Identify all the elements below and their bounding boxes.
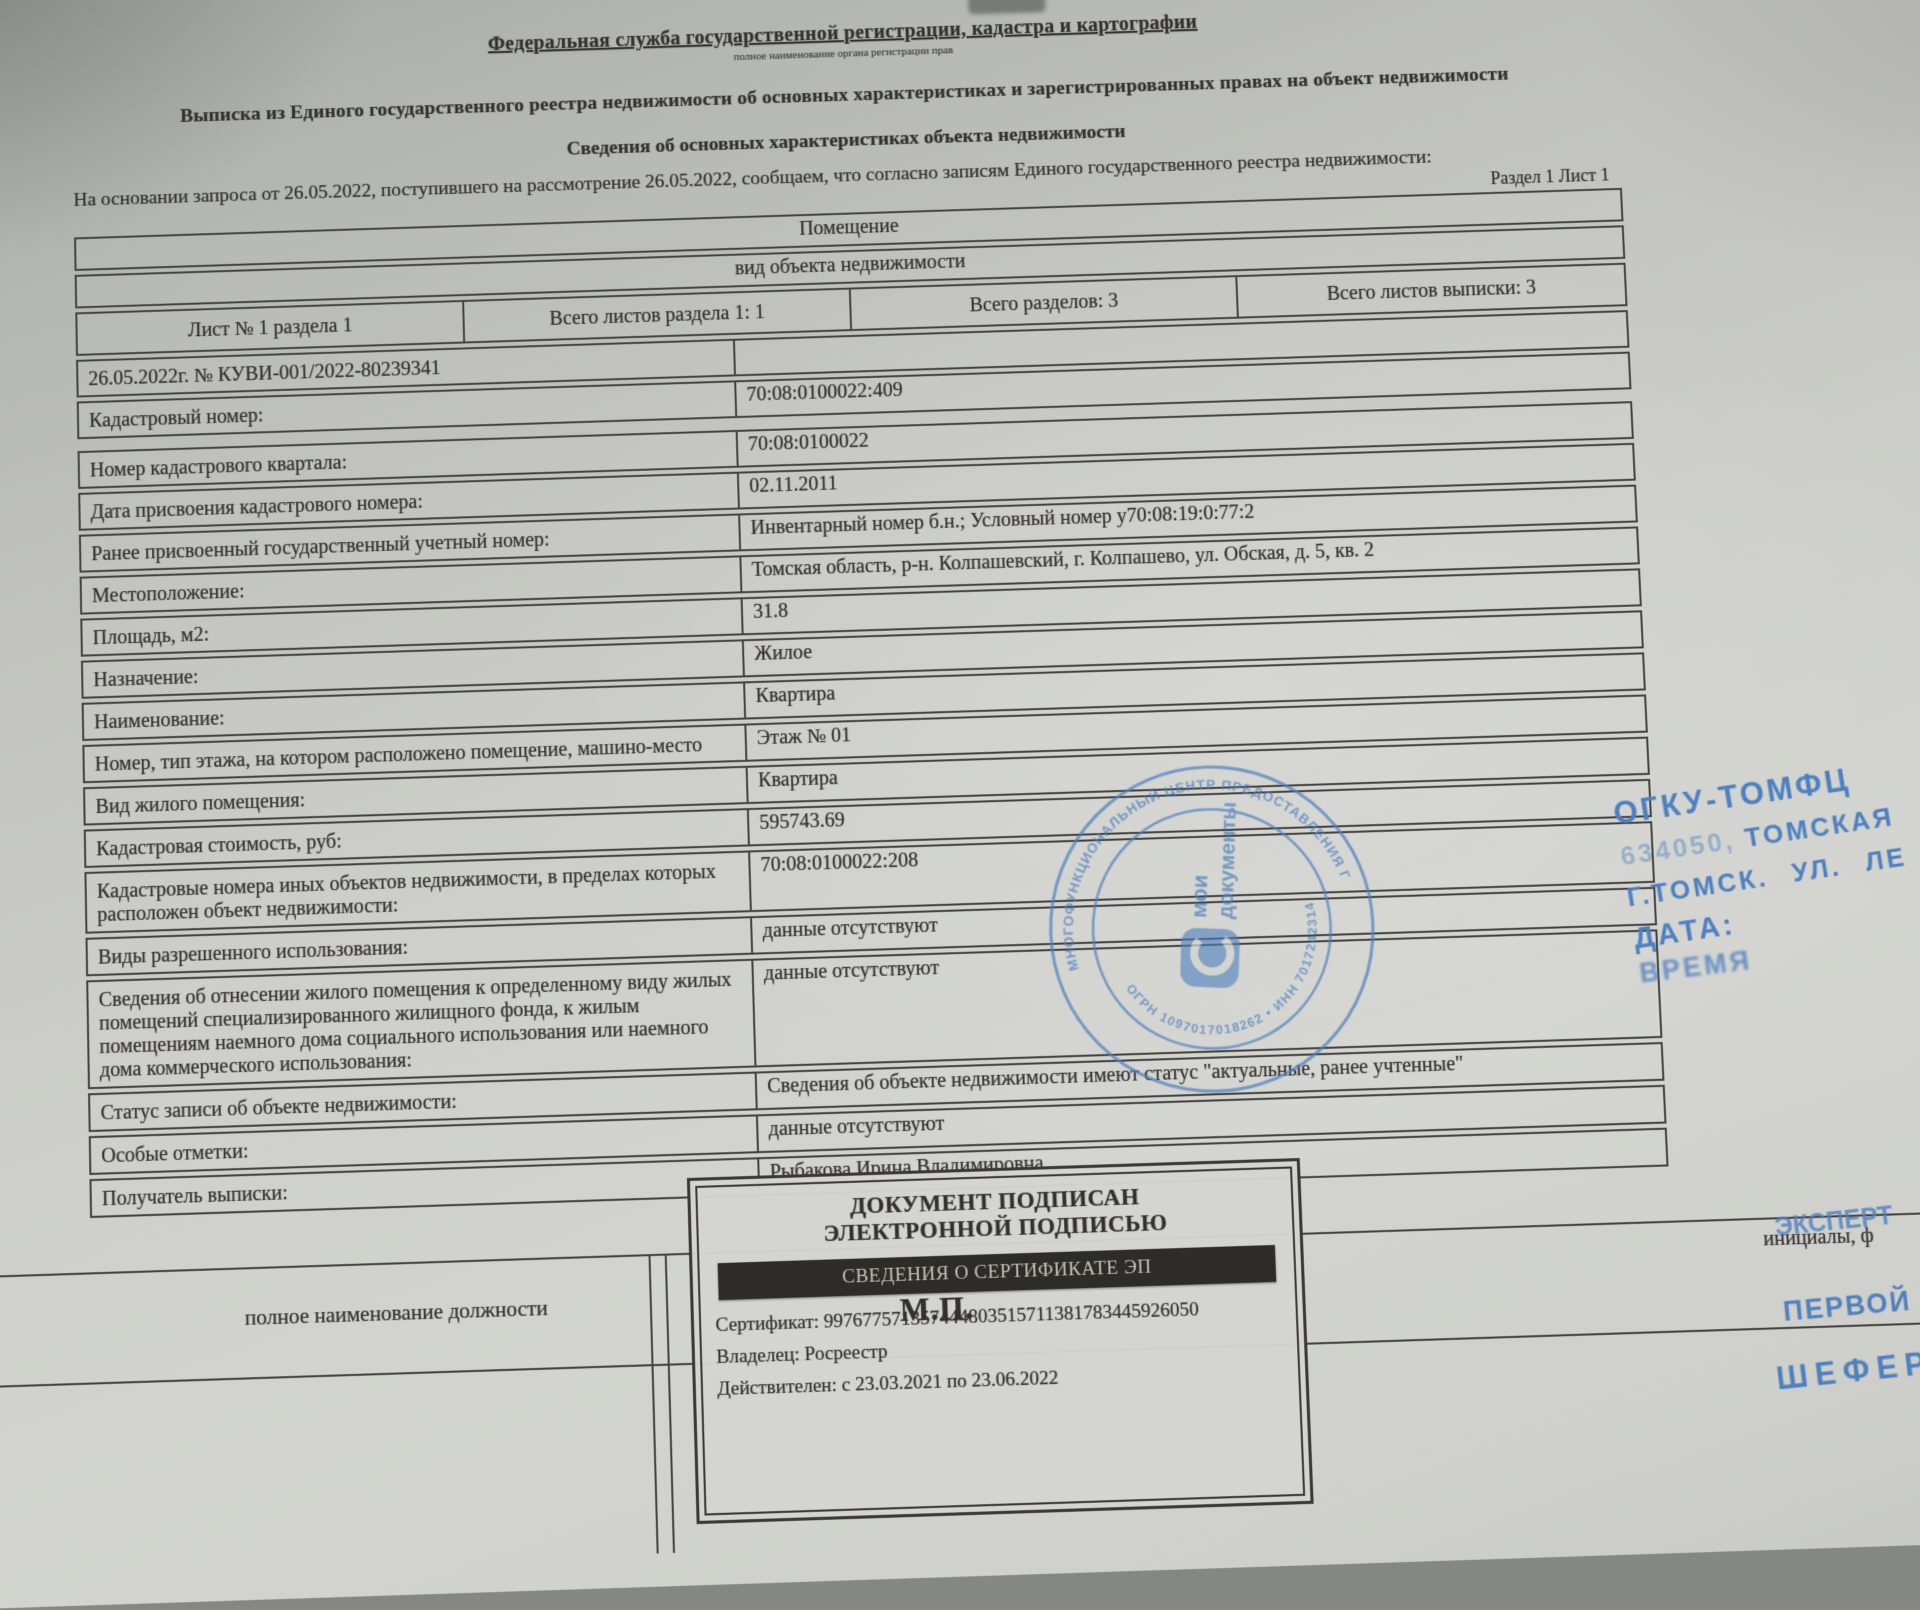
document-content: Федеральная служба государственной регис… [71, 0, 1669, 1218]
scan-artifact-blob [968, 0, 1046, 15]
rect-stamp-postcode: 634050, [1618, 825, 1737, 872]
signature-divider-2 [665, 1254, 675, 1440]
row-label: Сведения об отнесении жилого помещения к… [88, 961, 756, 1087]
main-rows-container: Номер кадастрового квартала: 70:08:01000… [78, 401, 1669, 1218]
position-caption: полное наименование должности [112, 1291, 681, 1335]
stamp-place-mark: М.П. [899, 1290, 974, 1329]
signature-divider-1 [648, 1254, 658, 1440]
sheet-cell-3: Всего разделов: 3 [851, 277, 1239, 329]
logo-word-1: мои [1186, 874, 1213, 918]
sheet-cell-1: Лист № 1 раздела 1 [77, 302, 465, 354]
logo-word-2: документы [1214, 801, 1241, 919]
certificate-banner: СВЕДЕНИЯ О СЕРТИФИКАТЕ ЭП [718, 1245, 1277, 1300]
rect-stamp: ОГКУ-ТОМФЦ 634050, ТОМСКАЯ Г.ТОМСК. УЛ. … [1611, 728, 1920, 996]
blue-stamp-expert: ЭКСПЕРТ [1773, 1201, 1894, 1243]
round-stamp-logo: мои документы [1180, 800, 1244, 988]
blue-stamp-category: ПЕРВОЙ КАТ [1782, 1279, 1920, 1328]
digital-signature-box-inner: ДОКУМЕНТ ПОДПИСАН ЭЛЕКТРОННОЙ ПОДПИСЬЮ С… [695, 1166, 1305, 1440]
sheet-cell-4: Всего листов выписки: 3 [1237, 265, 1625, 317]
digital-signature-box: ДОКУМЕНТ ПОДПИСАН ЭЛЕКТРОННОЙ ПОДПИСЬЮ С… [687, 1158, 1314, 1440]
blue-stamp-surname: ШЕФЕР [1774, 1345, 1920, 1398]
sheet-cell-2: Всего листов раздела 1: 1 [464, 290, 852, 342]
document-photo-paper: Федеральная служба государственной регис… [0, 0, 1920, 1440]
characteristics-table: Помещение вид объекта недвижимости Лист … [74, 188, 1669, 1218]
